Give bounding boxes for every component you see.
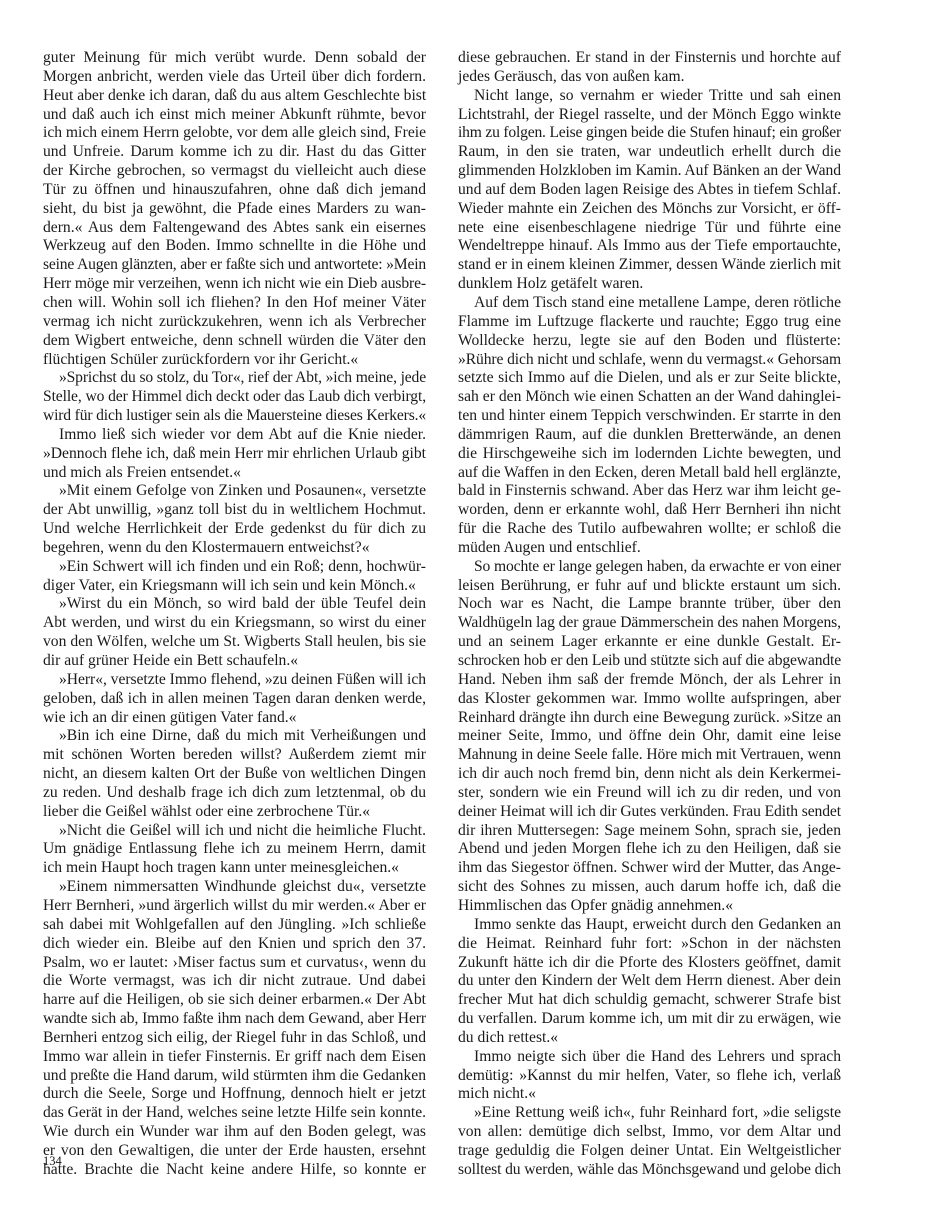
- text-line: und Unfreie. Darum komme ich zu dir. Has…: [43, 143, 426, 162]
- text-line: Herr möge mir verzeihen, wenn ich nicht …: [43, 275, 426, 294]
- text-line: »Rühre dich nicht und schlafe, wenn du v…: [458, 351, 841, 370]
- text-line: Heut aber denke ich daran, daß du aus al…: [43, 87, 426, 106]
- text-line: und an seinem Lager erkannte er eine dun…: [458, 633, 841, 652]
- text-line: lieber die Geißel wählst oder eine zerbr…: [43, 803, 426, 822]
- text-line: Nicht lange, so vernahm er wieder Tritte…: [458, 87, 841, 106]
- text-line: Waldhügeln lag der graue Dämmerschein de…: [458, 614, 841, 633]
- text-line: dunklem Holz getäfelt waren.: [458, 275, 841, 294]
- text-line: das Kloster gekommen war. Immo wollte au…: [458, 690, 841, 709]
- text-line: von allen: demütige dich selbst, Immo, v…: [458, 1123, 841, 1142]
- text-line: Um gnädige Entlassung flehe ich zu meine…: [43, 840, 426, 859]
- text-line: »Herr«, versetzte Immo flehend, »zu dein…: [43, 671, 426, 690]
- text-line: trage geduldig die Folgen deiner Untat. …: [458, 1142, 841, 1161]
- text-line: diger Vater, ein Kriegsmann will ich sei…: [43, 577, 426, 596]
- text-line: bald in Finsternis schwand. Aber das Her…: [458, 482, 841, 501]
- text-line: dir ihren Muttersegen: Sage meinem Sohn,…: [458, 822, 841, 841]
- text-line: harre auf die Heiligen, ob sie sich dein…: [43, 991, 426, 1010]
- text-line: wird für dich lustiger sein als die Maue…: [43, 407, 426, 426]
- text-line: Reinhard drängte ihn durch eine Bewegung…: [458, 709, 841, 728]
- text-line: Hand. Neben ihm saß der fremde Mönch, de…: [458, 671, 841, 690]
- text-line: geloben, daß ich in allen meinen Tagen d…: [43, 690, 426, 709]
- text-line: Raum, in den sie traten, war undeutlich …: [458, 143, 841, 162]
- text-line: Psalm, wo er lautet: ›Miser factus sum e…: [43, 954, 426, 973]
- text-line: wie ich an dir einen gütigen Vater fand.…: [43, 709, 426, 728]
- text-line: hatte. Brachte die Nacht keine andere Hi…: [43, 1161, 426, 1180]
- text-line: mit schönen Worten bereden willst? Außer…: [43, 746, 426, 765]
- text-line: frecher Mut hat dich schuldig gemacht, s…: [458, 991, 841, 1010]
- text-line: »Bin ich eine Dirne, daß du mich mit Ver…: [43, 727, 426, 746]
- text-line: seine Augen glänzten, aber er faßte sich…: [43, 256, 426, 275]
- text-line: deiner Heimat will ich dir Gutes verkünd…: [458, 803, 841, 822]
- text-line: dem Wigbert entweiche, denn schnell würd…: [43, 332, 426, 351]
- left-text-column: guter Meinung für mich verübt wurde. Den…: [43, 49, 426, 1180]
- text-line: du unter den Kindern der Welt dem Herrn …: [458, 972, 841, 991]
- text-line: Und welche Herrlichkeit der Erde gedenks…: [43, 520, 426, 539]
- text-line: »Ein Schwert will ich finden und ein Roß…: [43, 558, 426, 577]
- text-line: dich wieder ein. Bleibe auf den Knien un…: [43, 935, 426, 954]
- text-line: ihm zu folgen. Leise gingen beide die St…: [458, 124, 841, 143]
- text-line: Lichtstrahl, der Riegel rasselte, und de…: [458, 106, 841, 125]
- text-line: Immo war allein in tiefer Finsternis. Er…: [43, 1048, 426, 1067]
- text-line: Herr Bernheri, »und ärgerlich willst du …: [43, 897, 426, 916]
- text-line: vermag ich nicht zurückzukehren, wenn ic…: [43, 313, 426, 332]
- text-line: ihm das Siegestor öffnen. Schwer wird de…: [458, 859, 841, 878]
- text-line: Wie durch ein Wunder war ihm auf den Bod…: [43, 1123, 426, 1142]
- text-line: So mochte er lange gelegen haben, da erw…: [458, 558, 841, 577]
- text-line: »Nicht die Geißel will ich und nicht die…: [43, 822, 426, 841]
- text-line: und mich als Freien entsendet.«: [43, 464, 426, 483]
- text-line: chen will. Wohin soll ich fliehen? In de…: [43, 294, 426, 313]
- text-line: wandte sich ab, Immo faßte ihm nach dem …: [43, 1010, 426, 1029]
- text-line: ten und hinter einem Teppich verschwinde…: [458, 407, 841, 426]
- text-line: Werkzeug auf den Boden. Immo schnellte i…: [43, 237, 426, 256]
- text-line: glimmenden Holzkloben im Kamin. Auf Bänk…: [458, 162, 841, 181]
- text-line: dämmrigen Raum, auf die dunklen Bretterw…: [458, 426, 841, 445]
- text-line: »Sprichst du so stolz, du Tor«, rief der…: [43, 369, 426, 388]
- text-line: Immo senkte das Haupt, erweicht durch de…: [458, 916, 841, 935]
- text-line: nicht, an diesem kalten Ort der Buße von…: [43, 765, 426, 784]
- text-line: diese gebrauchen. Er stand in der Finste…: [458, 49, 841, 68]
- text-line: Immo neigte sich über die Hand des Lehre…: [458, 1048, 841, 1067]
- text-line: schrocken hob er den Leib und stützte si…: [458, 652, 841, 671]
- text-line: guter Meinung für mich verübt wurde. Den…: [43, 49, 426, 68]
- text-line: von den Wölfen, welche um St. Wigberts S…: [43, 633, 426, 652]
- text-line: Wieder mahnte ein Zeichen des Mönchs zur…: [458, 200, 841, 219]
- text-line: jedes Geräusch, das von außen kam.: [458, 68, 841, 87]
- text-line: sah er den Mönch wie einen Schatten an d…: [458, 388, 841, 407]
- text-line: worden, denn er erkannte wohl, daß Herr …: [458, 501, 841, 520]
- right-text-column: diese gebrauchen. Er stand in der Finste…: [458, 49, 841, 1180]
- text-line: dir auf grüner Heide ein Bett schaufeln.…: [43, 652, 426, 671]
- text-line: Noch war es Nacht, die Lampe brannte trü…: [458, 595, 841, 614]
- text-line: der Abt unwillig, »ganz toll bist du in …: [43, 501, 426, 520]
- text-line: nete eine eisenbeschlagene niedrige Tür …: [458, 219, 841, 238]
- text-line: du verfallen. Darum komme ich, um mit di…: [458, 1010, 841, 1029]
- text-line: Immo ließ sich wieder vor dem Abt auf di…: [43, 426, 426, 445]
- text-line: die Worte vermagst, was ich dir nicht zu…: [43, 972, 426, 991]
- text-line: setzte sich Immo auf die Dielen, und als…: [458, 369, 841, 388]
- text-line: ich mich einem Herrn gelobte, vor dem al…: [43, 124, 426, 143]
- text-line: auf die Waffen in den Ecken, deren Metal…: [458, 464, 841, 483]
- text-line: mich nicht.«: [458, 1085, 841, 1104]
- text-line: und daß auch ich einst mich meiner Abkun…: [43, 106, 426, 125]
- text-line: zu reden. Und deshalb frage ich dich zum…: [43, 784, 426, 803]
- text-line: ich dir auch noch fremd bin, denn nicht …: [458, 765, 841, 784]
- text-line: Mahnung in deine Seele falle. Höre mich …: [458, 746, 841, 765]
- text-line: ster, sondern wie ein Freund will ich zu…: [458, 784, 841, 803]
- text-line: »Mit einem Gefolge von Zinken und Posaun…: [43, 482, 426, 501]
- text-line: sicht des Sohnes zu missen, auch darum h…: [458, 878, 841, 897]
- text-line: das Gerät in der Hand, welches seine let…: [43, 1104, 426, 1123]
- text-line: sah dabei mit Wohlgefallen auf den Jüngl…: [43, 916, 426, 935]
- text-line: Flamme im Luftzuge flackerte und rauchte…: [458, 313, 841, 332]
- text-line: Abend und jeden Morgen flehe ich zu den …: [458, 840, 841, 859]
- page-number: 134: [43, 1154, 62, 1169]
- text-line: Bernheri entzog sich eilig, der Riegel f…: [43, 1029, 426, 1048]
- text-line: demütig: »Kannst du mir helfen, Vater, s…: [458, 1067, 841, 1086]
- text-line: »Eine Rettung weiß ich«, fuhr Reinhard f…: [458, 1104, 841, 1123]
- text-line: leisen Berührung, er fuhr auf und blickt…: [458, 577, 841, 596]
- text-line: die Hirschgeweihe sich im lodernden Lich…: [458, 445, 841, 464]
- book-page: guter Meinung für mich verübt wurde. Den…: [0, 0, 935, 1210]
- text-line: ich mein Haupt hoch tragen kann unter me…: [43, 859, 426, 878]
- text-line: du dich rettest.«: [458, 1029, 841, 1048]
- text-line: stand er in einem kleinen Zimmer, dessen…: [458, 256, 841, 275]
- text-line: die Heimat. Reinhard fuhr fort: »Schon i…: [458, 935, 841, 954]
- text-line: Morgen anbricht, werden viele das Urteil…: [43, 68, 426, 87]
- text-line: dern.« Aus dem Faltengewand des Abtes sa…: [43, 219, 426, 238]
- text-line: durch die Seele, Sorge und Hoffnung, den…: [43, 1085, 426, 1104]
- text-line: müden Augen und entschlief.: [458, 539, 841, 558]
- text-line: sieht, du bist ja gewöhnt, die Pfade ein…: [43, 200, 426, 219]
- text-line: »Dennoch flehe ich, daß mein Herr mir eh…: [43, 445, 426, 464]
- text-line: solltest du werden, wähle das Mönchsgewa…: [458, 1161, 841, 1180]
- text-line: Stelle, wo der Himmel dich deckt oder da…: [43, 388, 426, 407]
- text-line: flüchtigen Schüler zurückfordern vor ihr…: [43, 351, 426, 370]
- text-line: er von den Gewaltigen, die unter der Erd…: [43, 1142, 426, 1161]
- text-line: der Kirche gebrochen, so vermagst du vie…: [43, 162, 426, 181]
- text-line: Auf dem Tisch stand eine metallene Lampe…: [458, 294, 841, 313]
- text-line: »Einem nimmersatten Windhunde gleichst d…: [43, 878, 426, 897]
- text-line: Himmlischen das Opfer gnädig annehmen.«: [458, 897, 841, 916]
- text-line: und auf dem Boden lagen Reisige des Abte…: [458, 181, 841, 200]
- text-line: Zukunft hätte ich dir die Pforte des Klo…: [458, 954, 841, 973]
- text-line: und preßte die Hand darum, wild stürmten…: [43, 1067, 426, 1086]
- text-line: begehren, wenn du den Klostermauern entw…: [43, 539, 426, 558]
- text-line: Wendeltreppe hinauf. Als Immo aus der Ti…: [458, 237, 841, 256]
- text-line: Wolldecke herzu, legte sie auf den Boden…: [458, 332, 841, 351]
- text-line: Abt werden, und wirst du ein Kriegsmann,…: [43, 614, 426, 633]
- text-line: Tür zu öffnen und hinauszufahren, ohne d…: [43, 181, 426, 200]
- text-line: meiner Seite, Immo, und öffne dein Ohr, …: [458, 727, 841, 746]
- text-line: für die Rache des Tutilo aufbewahren wol…: [458, 520, 841, 539]
- text-line: »Wirst du ein Mönch, so wird bald der üb…: [43, 595, 426, 614]
